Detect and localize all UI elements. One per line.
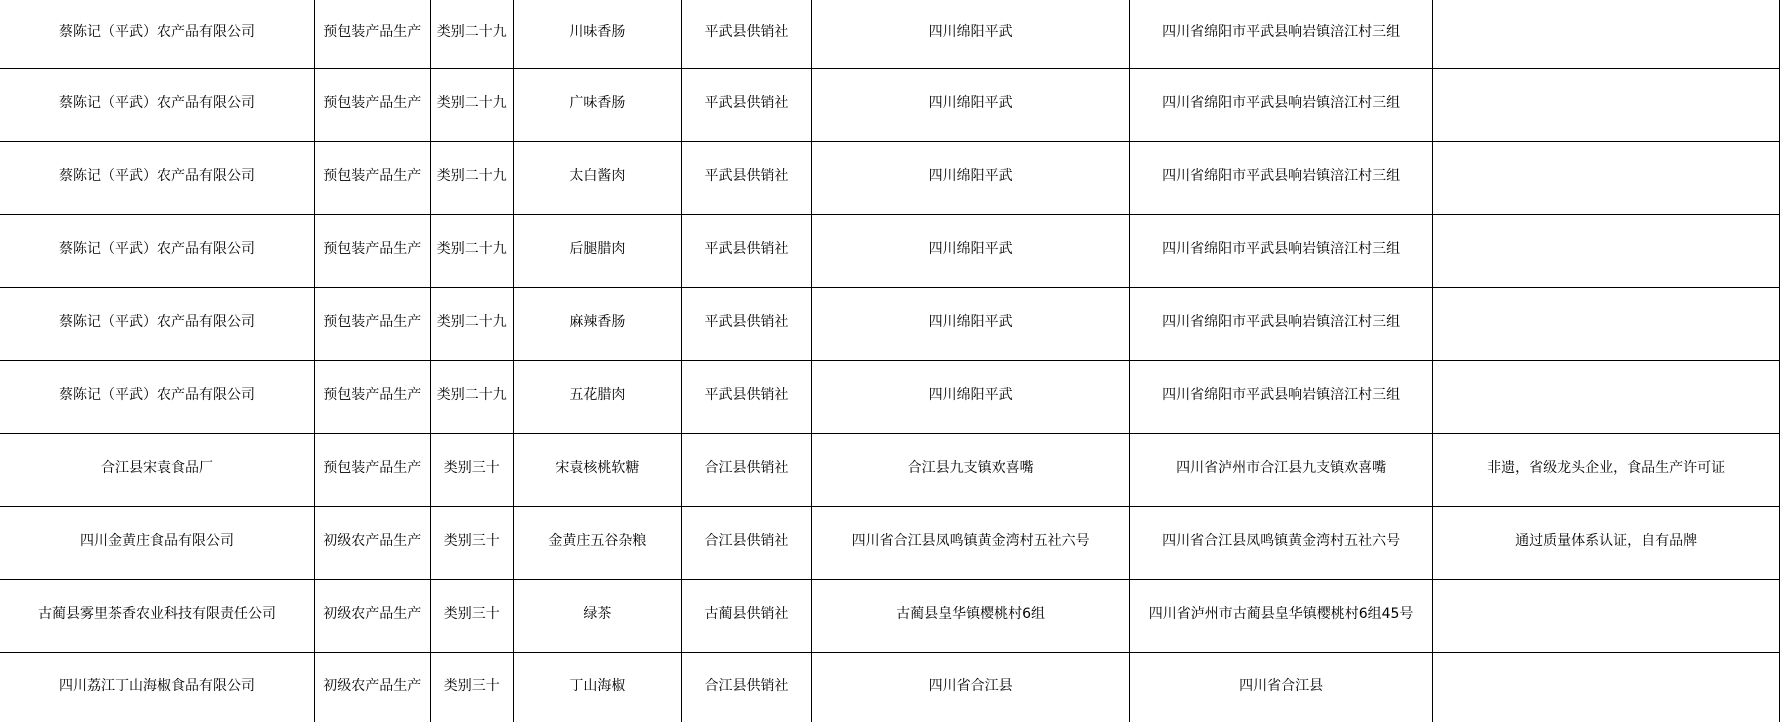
table-row: 四川金黄庄食品有限公司 初级农产品生产 类别三十 金黄庄五谷杂粮 合江县供销社 …: [0, 507, 1780, 580]
address-text: 四川省合江县: [1132, 678, 1430, 694]
cell-category[interactable]: 类别二十九: [430, 142, 513, 215]
cell-supply-coop[interactable]: 平武县供销社: [681, 288, 812, 361]
enterprise-name-text: 蔡陈记（平武）农产品有限公司: [2, 95, 312, 111]
origin-text: 四川绵阳平武: [814, 95, 1127, 111]
cell-product-name[interactable]: 丁山海椒: [513, 653, 681, 722]
enterprise-name-text: 蔡陈记（平武）农产品有限公司: [2, 168, 312, 184]
product-name-text: 宋袁核桃软糖: [516, 460, 679, 476]
cell-enterprise-name[interactable]: 蔡陈记（平武）农产品有限公司: [0, 0, 315, 69]
cell-address[interactable]: 四川省绵阳市平武县响岩镇涪江村三组: [1129, 288, 1432, 361]
cell-supply-coop[interactable]: 合江县供销社: [681, 507, 812, 580]
cell-certification[interactable]: [1433, 580, 1780, 653]
table-row: 蔡陈记（平武）农产品有限公司 预包装产品生产 类别二十九 麻辣香肠 平武县供销社…: [0, 288, 1780, 361]
cell-enterprise-name[interactable]: 蔡陈记（平武）农产品有限公司: [0, 69, 315, 142]
enterprise-name-text: 蔡陈记（平武）农产品有限公司: [2, 314, 312, 330]
supply-coop-text: 平武县供销社: [684, 95, 810, 111]
address-text: 四川省泸州市古蔺县皇华镇樱桃村6组45号: [1132, 606, 1430, 622]
cell-address[interactable]: 四川省绵阳市平武县响岩镇涪江村三组: [1129, 0, 1432, 69]
cell-supply-coop[interactable]: 平武县供销社: [681, 69, 812, 142]
cell-enterprise-name[interactable]: 合江县宋袁食品厂: [0, 434, 315, 507]
production-type-text: 预包装产品生产: [317, 387, 428, 403]
address-text: 四川省绵阳市平武县响岩镇涪江村三组: [1132, 95, 1430, 111]
cell-category[interactable]: 类别三十: [430, 434, 513, 507]
enterprise-name-text: 四川金黄庄食品有限公司: [2, 533, 312, 549]
cell-product-name[interactable]: 太白酱肉: [513, 142, 681, 215]
product-name-text: 丁山海椒: [516, 678, 679, 694]
cell-origin[interactable]: 四川绵阳平武: [812, 142, 1130, 215]
product-name-text: 金黄庄五谷杂粮: [516, 533, 679, 549]
cell-category[interactable]: 类别三十: [430, 653, 513, 722]
cell-address[interactable]: 四川省泸州市古蔺县皇华镇樱桃村6组45号: [1129, 580, 1432, 653]
cell-category[interactable]: 类别二十九: [430, 288, 513, 361]
cell-address[interactable]: 四川省绵阳市平武县响岩镇涪江村三组: [1129, 69, 1432, 142]
cell-origin[interactable]: 四川绵阳平武: [812, 215, 1130, 288]
cell-certification[interactable]: [1433, 288, 1780, 361]
category-text: 类别三十: [433, 533, 511, 549]
cell-address[interactable]: 四川省绵阳市平武县响岩镇涪江村三组: [1129, 215, 1432, 288]
cell-enterprise-name[interactable]: 四川荔江丁山海椒食品有限公司: [0, 653, 315, 722]
cell-certification[interactable]: [1433, 0, 1780, 69]
cell-production-type[interactable]: 预包装产品生产: [315, 361, 431, 434]
enterprise-name-text: 蔡陈记（平武）农产品有限公司: [2, 241, 312, 257]
enterprise-name-text: 蔡陈记（平武）农产品有限公司: [2, 24, 312, 40]
origin-text: 四川绵阳平武: [814, 241, 1127, 257]
cell-product-name[interactable]: 绿茶: [513, 580, 681, 653]
product-name-text: 后腿腊肉: [516, 241, 679, 257]
cell-certification[interactable]: 非遗，省级龙头企业，食品生产许可证: [1433, 434, 1780, 507]
cell-origin[interactable]: 四川绵阳平武: [812, 0, 1130, 69]
cell-production-type[interactable]: 预包装产品生产: [315, 142, 431, 215]
table-row: 古蔺县雾里茶香农业科技有限责任公司 初级农产品生产 类别三十 绿茶 古蔺县供销社…: [0, 580, 1780, 653]
cell-production-type[interactable]: 预包装产品生产: [315, 0, 431, 69]
product-name-text: 广味香肠: [516, 95, 679, 111]
cell-supply-coop[interactable]: 合江县供销社: [681, 434, 812, 507]
cell-product-name[interactable]: 五花腊肉: [513, 361, 681, 434]
category-text: 类别三十: [433, 678, 511, 694]
cell-production-type[interactable]: 初级农产品生产: [315, 507, 431, 580]
production-type-text: 预包装产品生产: [317, 24, 428, 40]
supply-coop-text: 古蔺县供销社: [684, 606, 810, 622]
cell-category[interactable]: 类别二十九: [430, 361, 513, 434]
table-row: 蔡陈记（平武）农产品有限公司 预包装产品生产 类别二十九 五花腊肉 平武县供销社…: [0, 361, 1780, 434]
table-row: 蔡陈记（平武）农产品有限公司 预包装产品生产 类别二十九 广味香肠 平武县供销社…: [0, 69, 1780, 142]
product-name-text: 川味香肠: [516, 24, 679, 40]
category-text: 类别二十九: [433, 95, 511, 111]
origin-text: 合江县九支镇欢喜嘴: [814, 460, 1127, 476]
cell-product-name[interactable]: 宋袁核桃软糖: [513, 434, 681, 507]
cell-supply-coop[interactable]: 平武县供销社: [681, 215, 812, 288]
table-row: 蔡陈记（平武）农产品有限公司 预包装产品生产 类别二十九 太白酱肉 平武县供销社…: [0, 142, 1780, 215]
cell-origin[interactable]: 四川绵阳平武: [812, 69, 1130, 142]
origin-text: 四川省合江县凤鸣镇黄金湾村五社六号: [814, 533, 1127, 549]
category-text: 类别二十九: [433, 241, 511, 257]
supply-coop-text: 平武县供销社: [684, 314, 810, 330]
enterprise-name-text: 蔡陈记（平武）农产品有限公司: [2, 387, 312, 403]
cell-enterprise-name[interactable]: 古蔺县雾里茶香农业科技有限责任公司: [0, 580, 315, 653]
cell-category[interactable]: 类别二十九: [430, 215, 513, 288]
supply-coop-text: 平武县供销社: [684, 24, 810, 40]
production-type-text: 预包装产品生产: [317, 314, 428, 330]
cell-origin[interactable]: 四川省合江县: [812, 653, 1130, 722]
product-table: 蔡陈记（平武）农产品有限公司 预包装产品生产 类别二十九 川味香肠 平武县供销社…: [0, 0, 1780, 722]
cell-enterprise-name[interactable]: 蔡陈记（平武）农产品有限公司: [0, 288, 315, 361]
production-type-text: 预包装产品生产: [317, 460, 428, 476]
cell-address[interactable]: 四川省泸州市合江县九支镇欢喜嘴: [1129, 434, 1432, 507]
origin-text: 四川绵阳平武: [814, 168, 1127, 184]
address-text: 四川省绵阳市平武县响岩镇涪江村三组: [1132, 241, 1430, 257]
category-text: 类别三十: [433, 606, 511, 622]
production-type-text: 初级农产品生产: [317, 678, 428, 694]
cell-certification[interactable]: [1433, 142, 1780, 215]
cell-production-type[interactable]: 初级农产品生产: [315, 580, 431, 653]
cell-category[interactable]: 类别二十九: [430, 69, 513, 142]
cell-address[interactable]: 四川省绵阳市平武县响岩镇涪江村三组: [1129, 142, 1432, 215]
supply-coop-text: 合江县供销社: [684, 533, 810, 549]
cell-certification[interactable]: [1433, 653, 1780, 722]
address-text: 四川省泸州市合江县九支镇欢喜嘴: [1132, 460, 1430, 476]
spreadsheet: 蔡陈记（平武）农产品有限公司 预包装产品生产 类别二十九 川味香肠 平武县供销社…: [0, 0, 1781, 722]
cell-origin[interactable]: 四川绵阳平武: [812, 361, 1130, 434]
cell-address[interactable]: 四川省合江县: [1129, 653, 1432, 722]
table-row: 四川荔江丁山海椒食品有限公司 初级农产品生产 类别三十 丁山海椒 合江县供销社 …: [0, 653, 1780, 722]
cell-supply-coop[interactable]: 古蔺县供销社: [681, 580, 812, 653]
origin-text: 四川绵阳平武: [814, 314, 1127, 330]
cell-enterprise-name[interactable]: 四川金黄庄食品有限公司: [0, 507, 315, 580]
cell-certification[interactable]: 通过质量体系认证，自有品牌: [1433, 507, 1780, 580]
cell-production-type[interactable]: 预包装产品生产: [315, 434, 431, 507]
certification-text: 非遗，省级龙头企业，食品生产许可证: [1435, 460, 1777, 476]
address-text: 四川省绵阳市平武县响岩镇涪江村三组: [1132, 24, 1430, 40]
origin-text: 四川绵阳平武: [814, 387, 1127, 403]
cell-product-name[interactable]: 后腿腊肉: [513, 215, 681, 288]
product-name-text: 绿茶: [516, 606, 679, 622]
cell-supply-coop[interactable]: 合江县供销社: [681, 653, 812, 722]
cell-category[interactable]: 类别三十: [430, 507, 513, 580]
table-row: 合江县宋袁食品厂 预包装产品生产 类别三十 宋袁核桃软糖 合江县供销社 合江县九…: [0, 434, 1780, 507]
production-type-text: 预包装产品生产: [317, 95, 428, 111]
product-name-text: 五花腊肉: [516, 387, 679, 403]
address-text: 四川省合江县凤鸣镇黄金湾村五社六号: [1132, 533, 1430, 549]
cell-origin[interactable]: 四川省合江县凤鸣镇黄金湾村五社六号: [812, 507, 1130, 580]
cell-certification[interactable]: [1433, 361, 1780, 434]
origin-text: 古蔺县皇华镇樱桃村6组: [814, 606, 1127, 622]
cell-supply-coop[interactable]: 平武县供销社: [681, 0, 812, 69]
supply-coop-text: 平武县供销社: [684, 387, 810, 403]
origin-text: 四川省合江县: [814, 678, 1127, 694]
cell-production-type[interactable]: 初级农产品生产: [315, 653, 431, 722]
address-text: 四川省绵阳市平武县响岩镇涪江村三组: [1132, 168, 1430, 184]
cell-product-name[interactable]: 川味香肠: [513, 0, 681, 69]
category-text: 类别二十九: [433, 387, 511, 403]
category-text: 类别二十九: [433, 168, 511, 184]
cell-origin[interactable]: 四川绵阳平武: [812, 288, 1130, 361]
supply-coop-text: 平武县供销社: [684, 168, 810, 184]
production-type-text: 初级农产品生产: [317, 606, 428, 622]
production-type-text: 预包装产品生产: [317, 241, 428, 257]
product-name-text: 太白酱肉: [516, 168, 679, 184]
cell-product-name[interactable]: 麻辣香肠: [513, 288, 681, 361]
cell-address[interactable]: 四川省绵阳市平武县响岩镇涪江村三组: [1129, 361, 1432, 434]
cell-supply-coop[interactable]: 平武县供销社: [681, 142, 812, 215]
origin-text: 四川绵阳平武: [814, 24, 1127, 40]
cell-enterprise-name[interactable]: 蔡陈记（平武）农产品有限公司: [0, 142, 315, 215]
cell-certification[interactable]: [1433, 215, 1780, 288]
cell-category[interactable]: 类别二十九: [430, 0, 513, 69]
cell-origin[interactable]: 古蔺县皇华镇樱桃村6组: [812, 580, 1130, 653]
enterprise-name-text: 四川荔江丁山海椒食品有限公司: [2, 678, 312, 694]
category-text: 类别二十九: [433, 24, 511, 40]
cell-production-type[interactable]: 预包装产品生产: [315, 215, 431, 288]
certification-text: 通过质量体系认证，自有品牌: [1435, 533, 1777, 549]
supply-coop-text: 平武县供销社: [684, 241, 810, 257]
cell-certification[interactable]: [1433, 69, 1780, 142]
address-text: 四川省绵阳市平武县响岩镇涪江村三组: [1132, 387, 1430, 403]
cell-origin[interactable]: 合江县九支镇欢喜嘴: [812, 434, 1130, 507]
enterprise-name-text: 合江县宋袁食品厂: [2, 460, 312, 476]
production-type-text: 初级农产品生产: [317, 533, 428, 549]
cell-supply-coop[interactable]: 平武县供销社: [681, 361, 812, 434]
category-text: 类别二十九: [433, 314, 511, 330]
cell-enterprise-name[interactable]: 蔡陈记（平武）农产品有限公司: [0, 215, 315, 288]
cell-production-type[interactable]: 预包装产品生产: [315, 288, 431, 361]
enterprise-name-text: 古蔺县雾里茶香农业科技有限责任公司: [2, 606, 312, 622]
cell-product-name[interactable]: 广味香肠: [513, 69, 681, 142]
cell-enterprise-name[interactable]: 蔡陈记（平武）农产品有限公司: [0, 361, 315, 434]
cell-address[interactable]: 四川省合江县凤鸣镇黄金湾村五社六号: [1129, 507, 1432, 580]
table-row: 蔡陈记（平武）农产品有限公司 预包装产品生产 类别二十九 后腿腊肉 平武县供销社…: [0, 215, 1780, 288]
address-text: 四川省绵阳市平武县响岩镇涪江村三组: [1132, 314, 1430, 330]
supply-coop-text: 合江县供销社: [684, 460, 810, 476]
cell-production-type[interactable]: 预包装产品生产: [315, 69, 431, 142]
cell-category[interactable]: 类别三十: [430, 580, 513, 653]
cell-product-name[interactable]: 金黄庄五谷杂粮: [513, 507, 681, 580]
category-text: 类别三十: [433, 460, 511, 476]
production-type-text: 预包装产品生产: [317, 168, 428, 184]
table-row: 蔡陈记（平武）农产品有限公司 预包装产品生产 类别二十九 川味香肠 平武县供销社…: [0, 0, 1780, 69]
product-name-text: 麻辣香肠: [516, 314, 679, 330]
table-body: 蔡陈记（平武）农产品有限公司 预包装产品生产 类别二十九 川味香肠 平武县供销社…: [0, 0, 1780, 722]
supply-coop-text: 合江县供销社: [684, 678, 810, 694]
